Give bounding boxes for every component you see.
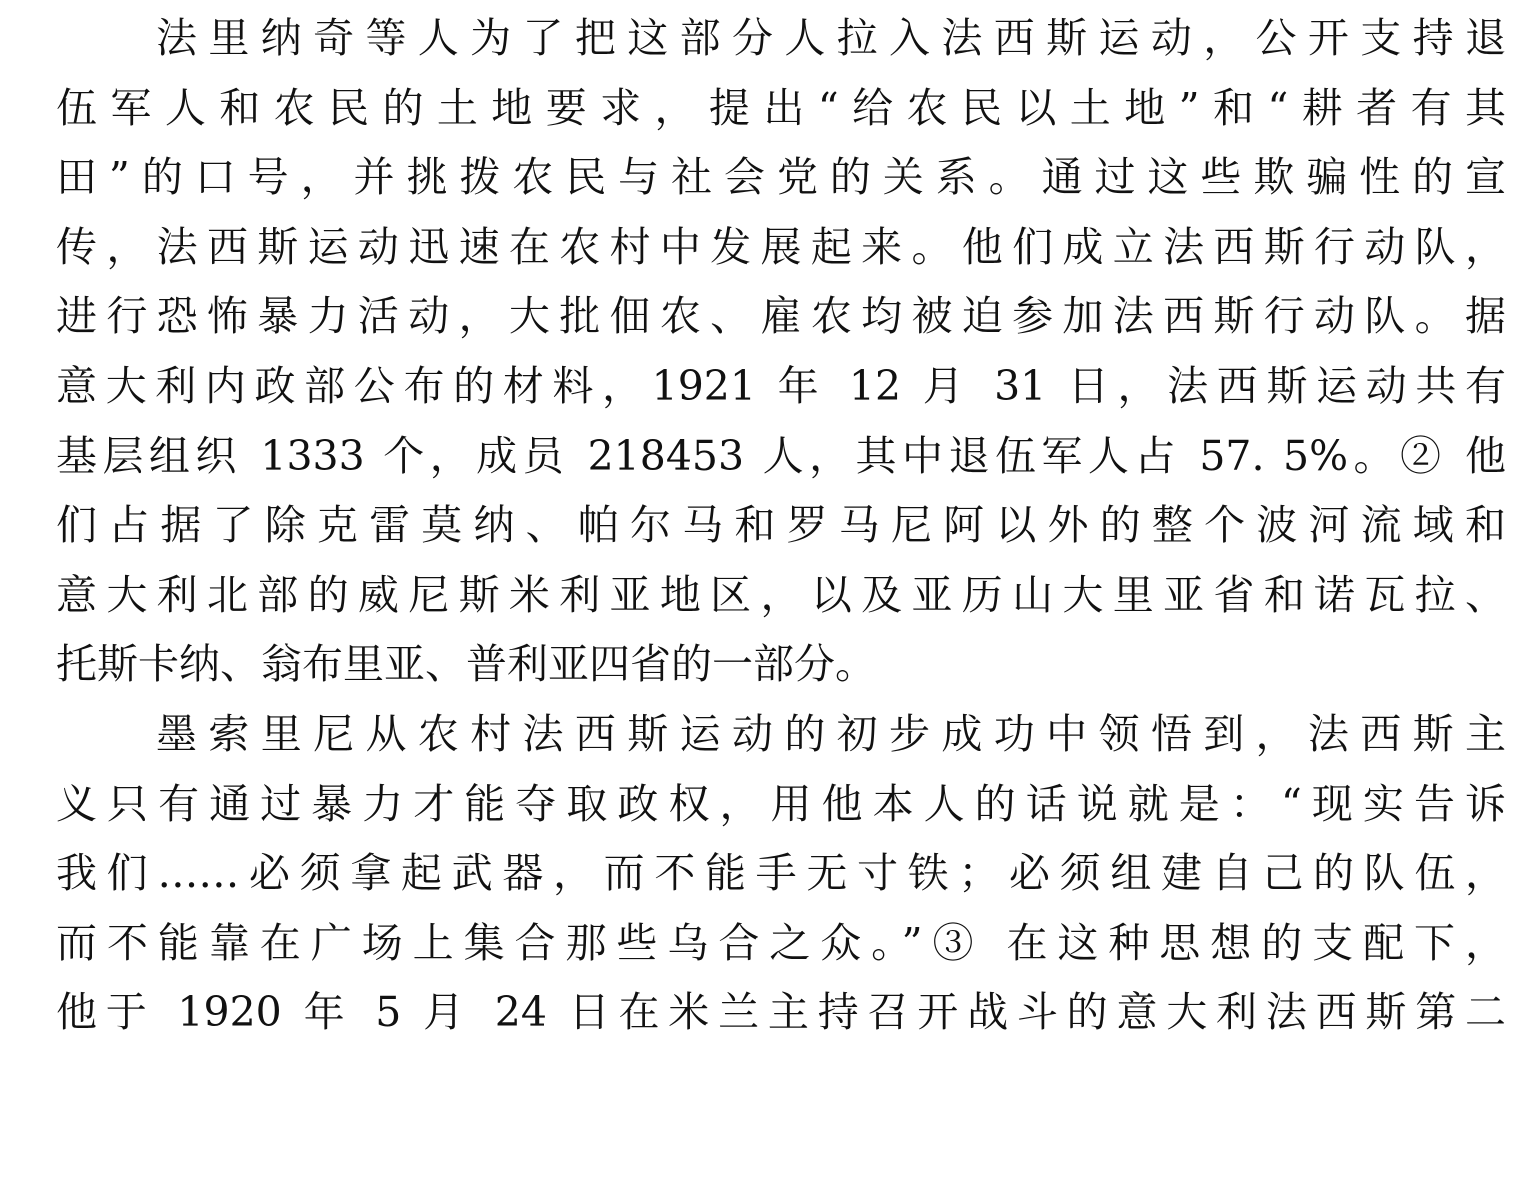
- document-page: 法里纳奇等人为了把这部分人拉入法西斯运动，公开支持退 伍军人和农民的土地要求，提…: [56, 4, 1506, 1048]
- text-line-with-footnote: 而不能靠在广场上集合那些乌合之众。”③ 在这种思想的支配下，: [56, 909, 1506, 979]
- text-line: 伍军人和农民的土地要求，提出“给农民以土地”和“耕者有其: [56, 74, 1506, 144]
- text-line: 传，法西斯运动迅速在农村中发展起来。他们成立法西斯行动队，: [56, 213, 1506, 283]
- text-line: 托斯卡纳、翁布里亚、普利亚四省的一部分。: [56, 630, 1506, 700]
- text-line: 义只有通过暴力才能夺取政权，用他本人的话说就是：“现实告诉: [56, 770, 1506, 840]
- text-line: 意大利内政部公布的材料，1921 年 12 月 31 日，法西斯运动共有: [56, 352, 1506, 422]
- text-line: 们占据了除克雷莫纳、帕尔马和罗马尼阿以外的整个波河流域和: [56, 491, 1506, 561]
- paragraph-2: 墨索里尼从农村法西斯运动的初步成功中领悟到，法西斯主 义只有通过暴力才能夺取政权…: [56, 700, 1506, 1048]
- text-line: 他于 1920 年 5 月 24 日在米兰主持召开战斗的意大利法西斯第二: [56, 978, 1506, 1048]
- text-line: 意大利北部的威尼斯米利亚地区，以及亚历山大里亚省和诺瓦拉、: [56, 561, 1506, 631]
- text-line: 墨索里尼从农村法西斯运动的初步成功中领悟到，法西斯主: [56, 700, 1506, 770]
- text-line: 田”的口号，并挑拨农民与社会党的关系。通过这些欺骗性的宣: [56, 143, 1506, 213]
- text-line-with-footnote: 基层组织 1333 个，成员 218453 人，其中退伍军人占 57. 5%。②…: [56, 422, 1506, 492]
- paragraph-1: 法里纳奇等人为了把这部分人拉入法西斯运动，公开支持退 伍军人和农民的土地要求，提…: [56, 4, 1506, 700]
- text-line: 进行恐怖暴力活动，大批佃农、雇农均被迫参加法西斯行动队。据: [56, 282, 1506, 352]
- text-line: 我们……必须拿起武器，而不能手无寸铁；必须组建自己的队伍，: [56, 839, 1506, 909]
- text-line: 法里纳奇等人为了把这部分人拉入法西斯运动，公开支持退: [56, 4, 1506, 74]
